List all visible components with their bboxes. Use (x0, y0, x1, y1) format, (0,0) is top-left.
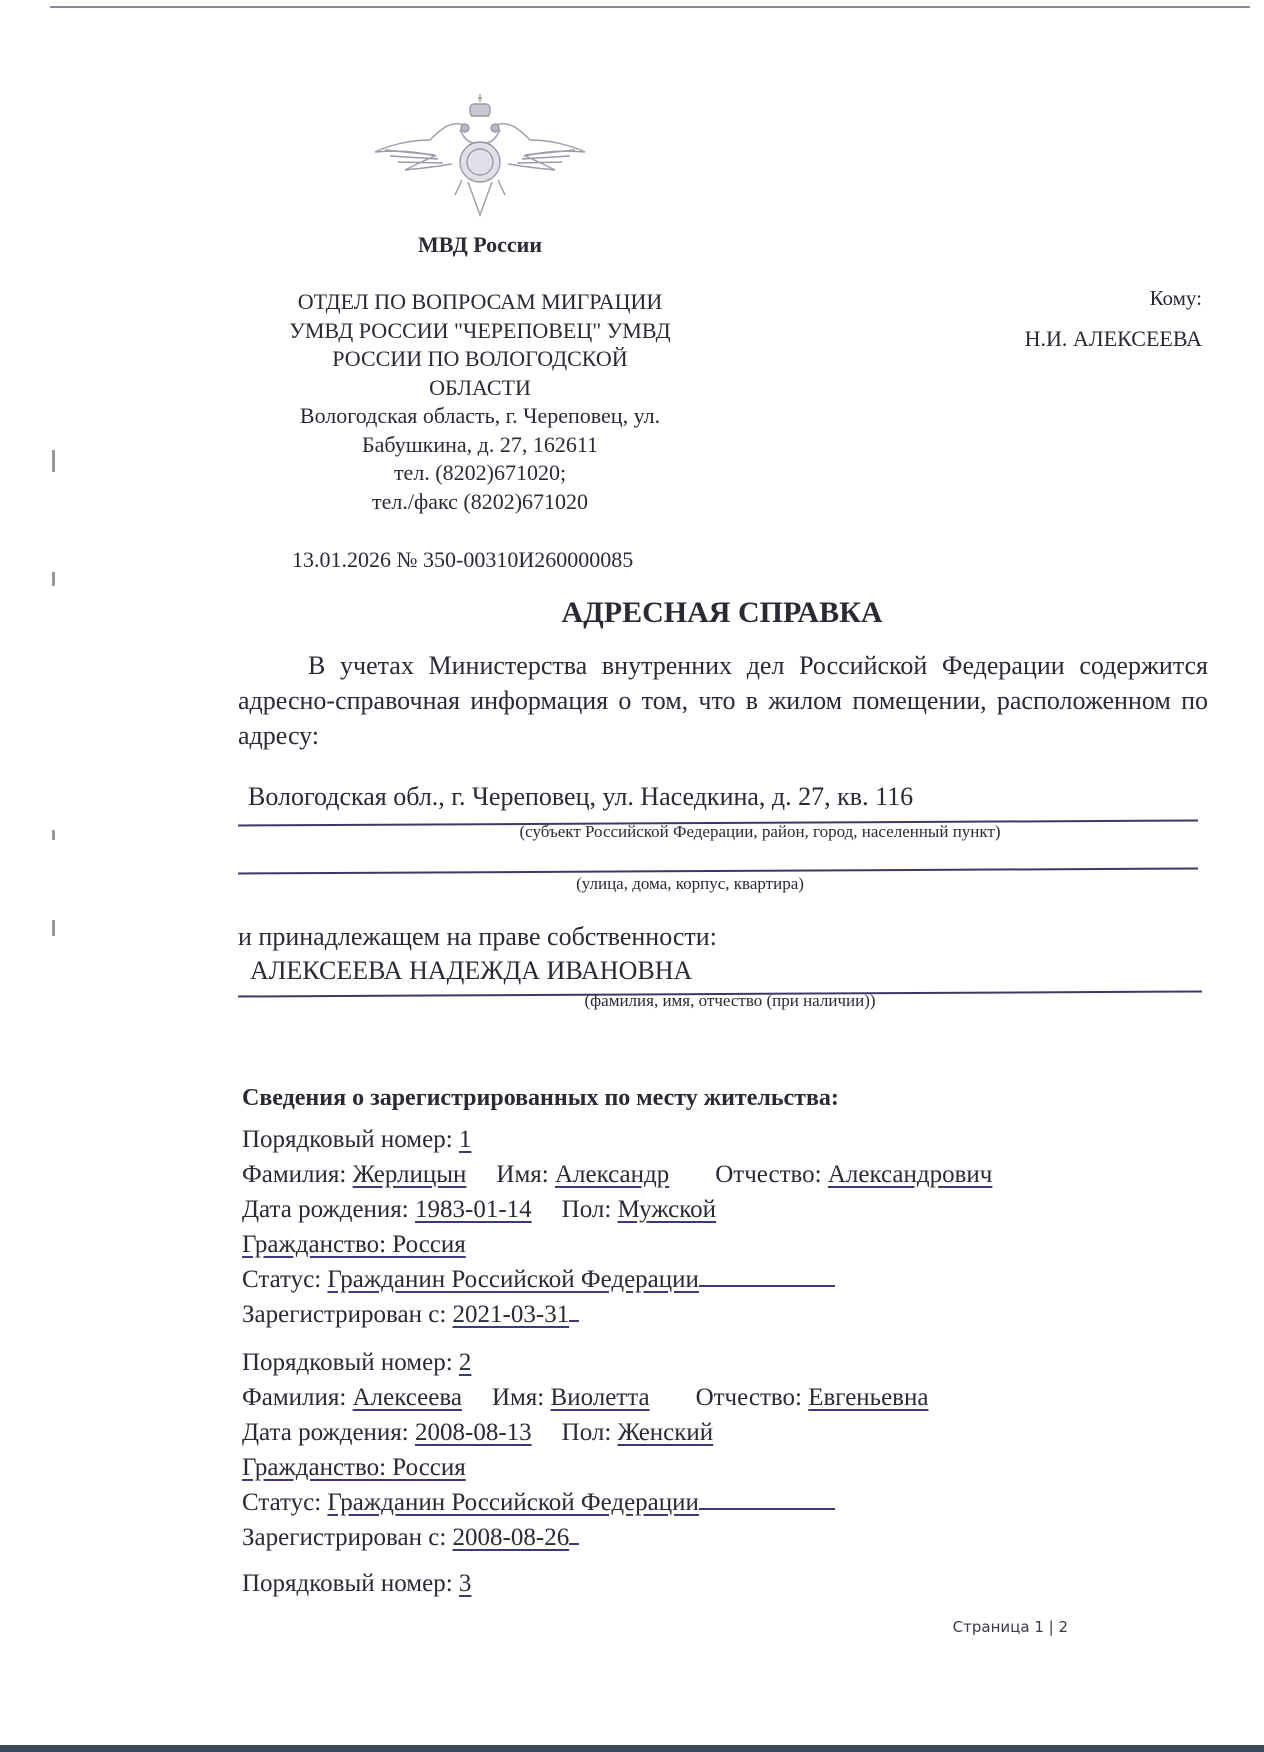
org-line: ОТДЕЛ ПО ВОПРОСАМ МИГРАЦИИ (240, 288, 720, 317)
intro-text: В учетах Министерства внутренних дел Рос… (238, 651, 1208, 750)
citizenship: Гражданство: Россия (242, 1454, 466, 1481)
first-name: Виолетта (551, 1384, 650, 1411)
number-label: Порядковый номер: (242, 1570, 459, 1597)
org-fax: тел./факс (8202)671020 (240, 488, 720, 517)
resident-birth-row: Дата рождения: 1983-01-14Пол: Мужской (242, 1192, 992, 1227)
resident-number: 2 (459, 1349, 472, 1376)
resident-name-row: Фамилия: ЖерлицынИмя: АлександрОтчество:… (242, 1157, 992, 1192)
resident-birth-row: Дата рождения: 2008-08-13Пол: Женский (242, 1415, 928, 1450)
registered-heading: Сведения о зарегистрированных по месту ж… (242, 1085, 839, 1112)
resident-status-row: Статус: Гражданин Российской Федерации (242, 1485, 928, 1520)
patronymic: Евгеньевна (808, 1384, 928, 1411)
sex-label: Пол: (562, 1419, 618, 1446)
patronymic-label: Отчество: (696, 1384, 809, 1411)
scan-artifact (52, 830, 55, 840)
resident-registered-row: Зарегистрирован с: 2008-08-26 (242, 1520, 928, 1555)
intro-paragraph: В учетах Министерства внутренних дел Рос… (238, 648, 1208, 753)
status: Гражданин Российской Федерации (327, 1266, 698, 1293)
resident-citizenship-row: Гражданство: Россия (242, 1227, 992, 1262)
registered-since-label: Зарегистрирован с: (242, 1301, 453, 1328)
recipient-name: Н.И. АЛЕКСЕЕВА (1025, 326, 1202, 352)
resident-citizenship-row: Гражданство: Россия (242, 1450, 928, 1485)
address-hint-1: (субъект Российской Федерации, район, го… (380, 822, 1140, 842)
birth-date: 1983-01-14 (415, 1196, 532, 1223)
resident-record-1: Порядковый номер: 1 Фамилия: ЖерлицынИмя… (242, 1122, 992, 1332)
sex: Женский (618, 1419, 714, 1446)
resident-record-2: Порядковый номер: 2 Фамилия: АлексееваИм… (242, 1345, 928, 1555)
surname-label: Фамилия: (242, 1384, 353, 1411)
resident-name-row: Фамилия: АлексееваИмя: ВиолеттаОтчество:… (242, 1380, 928, 1415)
org-line: УМВД РОССИИ "ЧЕРЕПОВЕЦ" УМВД (240, 317, 720, 346)
scan-bottom-edge (0, 1745, 1264, 1752)
resident-number-row: Порядковый номер: 1 (242, 1122, 992, 1157)
first-name: Александр (555, 1161, 669, 1188)
address-hint-2: (улица, дома, корпус, квартира) (480, 874, 900, 894)
scan-artifact (52, 572, 55, 586)
page-indicator: Страница 1 | 2 (953, 1618, 1068, 1636)
scan-artifact (52, 920, 55, 936)
registered-since: 2021-03-31 (453, 1301, 570, 1328)
scan-top-edge (50, 6, 1250, 8)
birth-date-label: Дата рождения: (242, 1419, 415, 1446)
agency-name: МВД России (360, 232, 600, 258)
resident-number-row: Порядковый номер: 3 (242, 1566, 471, 1601)
name-label: Имя: (496, 1161, 555, 1188)
surname: Алексеева (353, 1384, 462, 1411)
birth-date: 2008-08-13 (415, 1419, 532, 1446)
resident-registered-row: Зарегистрирован с: 2021-03-31 (242, 1297, 992, 1332)
sex: Мужской (618, 1196, 716, 1223)
organization-block: ОТДЕЛ ПО ВОПРОСАМ МИГРАЦИИ УМВД РОССИИ "… (240, 288, 720, 516)
surname: Жерлицын (353, 1161, 467, 1188)
org-line: ОБЛАСТИ (240, 374, 720, 403)
status-label: Статус: (242, 1266, 327, 1293)
resident-number: 1 (459, 1126, 472, 1153)
address-value: Вологодская обл., г. Череповец, ул. Насе… (248, 782, 913, 812)
org-phone: тел. (8202)671020; (240, 459, 720, 488)
owner-hint: (фамилия, имя, отчество (при наличии)) (480, 991, 980, 1011)
status-label: Статус: (242, 1489, 327, 1516)
status: Гражданин Российской Федерации (327, 1489, 698, 1516)
number-label: Порядковый номер: (242, 1126, 459, 1153)
surname-label: Фамилия: (242, 1161, 353, 1188)
org-address-line: Вологодская область, г. Череповец, ул. (240, 402, 720, 431)
resident-status-row: Статус: Гражданин Российской Федерации (242, 1262, 992, 1297)
scan-artifact (52, 450, 55, 472)
org-line: РОССИИ ПО ВОЛОГОДСКОЙ (240, 345, 720, 374)
patronymic-label: Отчество: (715, 1161, 828, 1188)
document-date-number: 13.01.2026 № 350-00310И260000085 (292, 547, 633, 573)
status-underline (699, 1507, 835, 1510)
owner-name: АЛЕКСЕЕВА НАДЕЖДА ИВАНОВНА (250, 956, 692, 986)
document-title: АДРЕСНАЯ СПРАВКА (0, 596, 1264, 630)
ownership-label: и принадлежащем на праве собственности: (238, 922, 717, 952)
org-address-line: Бабушкина, д. 27, 162611 (240, 431, 720, 460)
registered-since-label: Зарегистрирован с: (242, 1524, 453, 1551)
resident-record-3: Порядковый номер: 3 (242, 1566, 471, 1601)
registered-since: 2008-08-26 (453, 1524, 570, 1551)
recipient-label: Кому: (1150, 286, 1202, 311)
number-label: Порядковый номер: (242, 1349, 459, 1376)
birth-date-label: Дата рождения: (242, 1196, 415, 1223)
resident-number-row: Порядковый номер: 2 (242, 1345, 928, 1380)
sex-label: Пол: (562, 1196, 618, 1223)
registered-underline (569, 1542, 579, 1545)
patronymic: Александрович (828, 1161, 993, 1188)
resident-number: 3 (459, 1570, 472, 1597)
emblem-icon (370, 90, 590, 230)
registered-underline (569, 1319, 579, 1322)
citizenship: Гражданство: Россия (242, 1231, 466, 1258)
name-label: Имя: (492, 1384, 551, 1411)
status-underline (699, 1284, 835, 1287)
